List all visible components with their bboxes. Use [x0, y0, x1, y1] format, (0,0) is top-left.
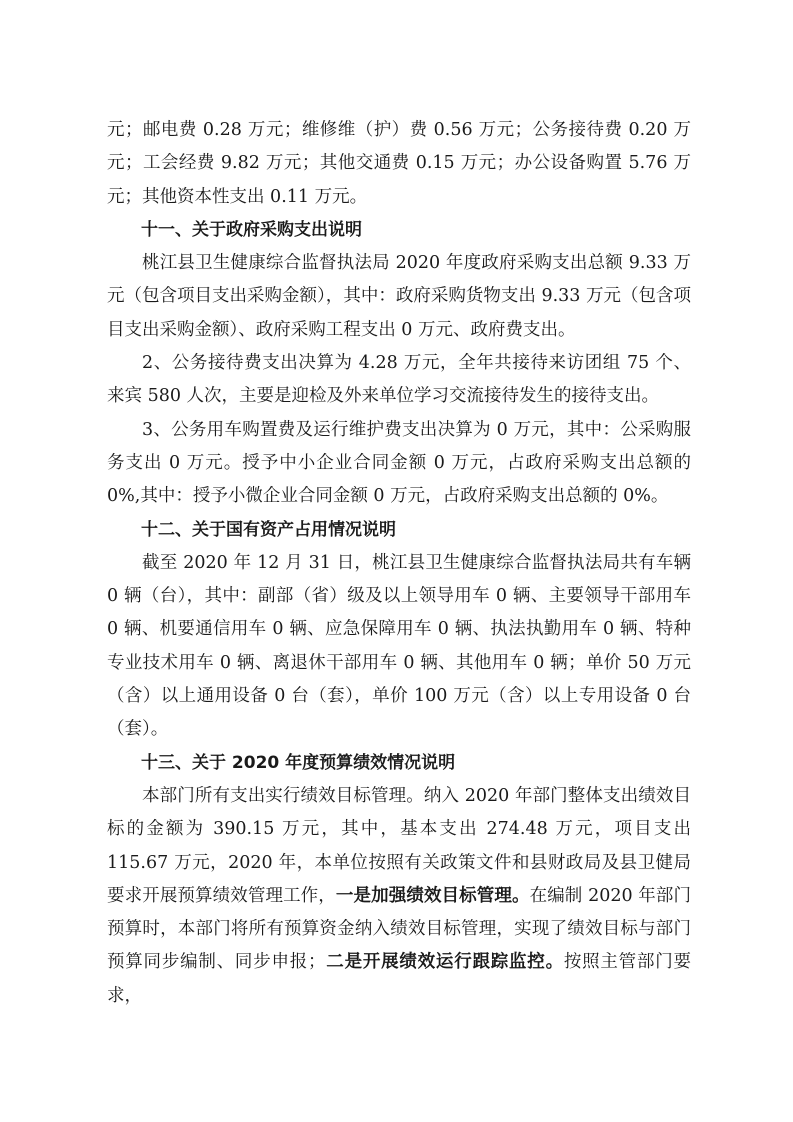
section-11-paragraph-1: 桃江县卫生健康综合监督执法局 2020 年度政府采购支出总额 9.33 万元（包…	[107, 247, 691, 347]
continuation-paragraph: 元；邮电费 0.28 万元；维修维（护）费 0.56 万元；公务接待费 0.20…	[107, 114, 691, 214]
document-page: 元；邮电费 0.28 万元；维修维（护）费 0.56 万元；公务接待费 0.20…	[107, 114, 691, 1013]
section-11-heading: 十一、关于政府采购支出说明	[107, 214, 691, 247]
section-13-paragraph-1: 本部门所有支出实行绩效目标管理。纳入 2020 年部门整体支出绩效目标的金额为 …	[107, 780, 691, 1013]
section-13-bold-1: 一是加强绩效目标管理。	[336, 886, 530, 906]
section-11-paragraph-3: 3、公务用车购置费及运行维护费支出决算为 0 万元，其中：公采购服务支出 0 万…	[107, 414, 691, 514]
section-12-heading: 十二、关于国有资产占用情况说明	[107, 514, 691, 547]
section-13-heading: 十三、关于 2020 年度预算绩效情况说明	[107, 747, 691, 780]
section-12-paragraph-1: 截至 2020 年 12 月 31 日，桃江县卫生健康综合监督执法局共有车辆 0…	[107, 547, 691, 747]
section-11-paragraph-2: 2、公务接待费支出决算为 4.28 万元，全年共接待来访团组 75 个、来宾 5…	[107, 347, 691, 414]
section-13-bold-2: 二是开展绩效运行跟踪监控。	[326, 952, 564, 972]
